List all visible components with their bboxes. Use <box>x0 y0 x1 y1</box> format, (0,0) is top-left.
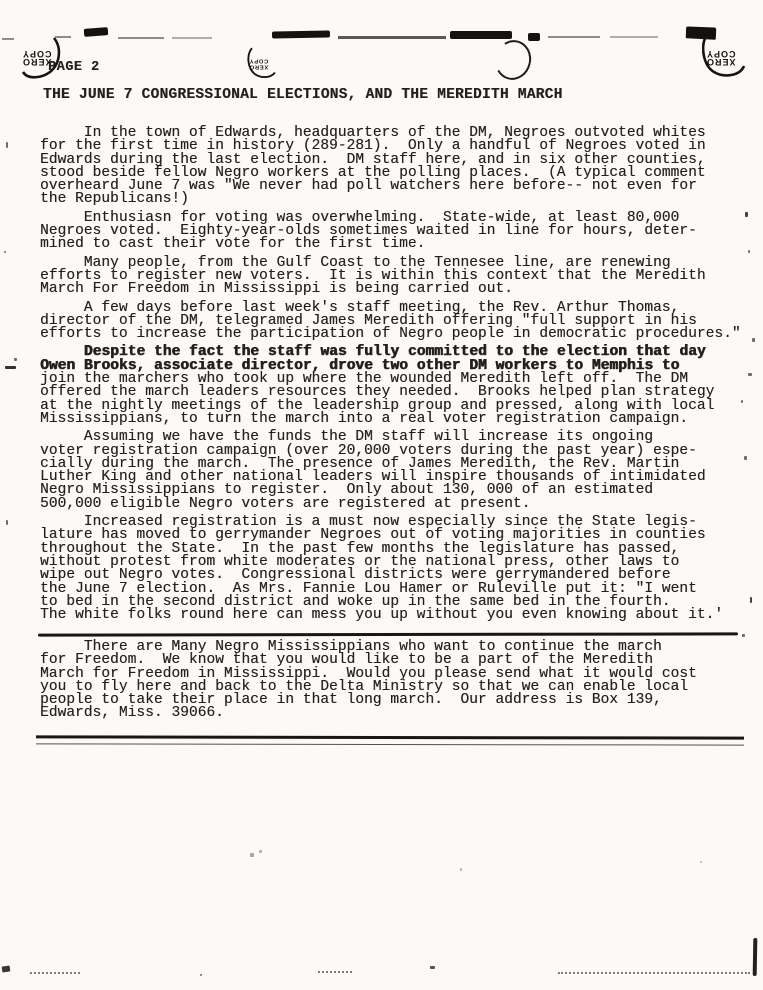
scan-speck <box>742 634 745 637</box>
scan-dash <box>2 38 14 40</box>
scan-speck <box>200 974 202 976</box>
paragraph: A few days before last week's staff meet… <box>40 302 756 342</box>
xero-copy-stamp-right: XEROCOPY <box>702 40 746 90</box>
scan-speck <box>14 358 17 361</box>
text-line: efforts to increase the participation of… <box>40 328 756 341</box>
scan-blot <box>84 27 108 37</box>
text-line: Edwards, Miss. 39066. <box>40 707 756 720</box>
scan-speck <box>741 400 743 403</box>
scan-dotted-line <box>30 972 80 974</box>
scan-speck <box>6 520 8 525</box>
document-title: THE JUNE 7 CONGRESSIONAL ELECTIONS, AND … <box>43 87 563 103</box>
page-number-label: PAGE 2 <box>48 60 100 75</box>
scan-speck <box>752 338 755 342</box>
appeal-note: There are Many Negro Mississippians who … <box>40 641 756 721</box>
scan-speck <box>748 373 752 376</box>
paragraph: In the town of Edwards, headquarters of … <box>40 127 756 207</box>
scan-speck <box>744 456 747 460</box>
scan-dash <box>118 37 164 39</box>
scan-ring-mark <box>491 36 536 84</box>
scan-dash <box>172 37 212 39</box>
scan-dash <box>610 36 658 38</box>
xero-copy-stamp-text: XEROCOPY <box>249 58 268 70</box>
paragraph: Despite the fact the staff was fully com… <box>40 346 756 426</box>
scan-speck <box>250 853 254 857</box>
paragraph: There are Many Negro Mississippians who … <box>40 641 756 721</box>
xero-copy-stamp-text: XEROCOPY <box>706 50 736 66</box>
scan-blot <box>272 30 330 38</box>
text-line: the Republicans!) <box>40 193 756 206</box>
text-line: 500,000 eligible Negro voters are regist… <box>40 498 756 511</box>
scan-dotted-line <box>558 972 750 974</box>
divider-line-top <box>38 632 738 636</box>
paragraph: Enthusiasn for voting was overwhelming. … <box>40 212 756 252</box>
document-body: In the town of Edwards, headquarters of … <box>40 127 756 627</box>
scan-speck <box>460 868 462 871</box>
scan-blot <box>450 31 512 39</box>
scan-speck <box>430 966 435 969</box>
text-line: March For Freedom in Mississippi is bein… <box>40 283 756 296</box>
text-line: Owen Brooks, associate director, drove t… <box>40 360 756 373</box>
scan-speck <box>745 212 748 217</box>
scan-edge-mark <box>753 938 758 976</box>
scan-speck <box>750 597 752 603</box>
scan-dotted-line <box>318 971 352 973</box>
scan-blot <box>528 33 540 41</box>
xero-copy-stamp-center: XEROCOPY <box>246 51 278 87</box>
text-line: mined to cast their vote for the first t… <box>40 238 756 251</box>
paragraph: Assuming we have the funds the DM staff … <box>40 431 756 511</box>
text-line: Mississippians, to turn the march into a… <box>40 413 756 426</box>
divider-line-bottom <box>36 735 744 745</box>
text-line: The white folks round here can mess you … <box>40 609 756 622</box>
scan-speck <box>748 250 750 253</box>
scan-speck <box>4 251 6 253</box>
scan-speck <box>700 861 702 863</box>
paragraph: Increased registration is a must now esp… <box>40 516 756 622</box>
scan-dash <box>5 366 16 369</box>
paragraph: Many people, from the Gulf Coast to the … <box>40 257 756 297</box>
scan-line <box>338 36 446 39</box>
scan-speck <box>259 850 262 853</box>
scan-dash <box>548 36 600 38</box>
scan-blot <box>2 965 11 972</box>
scanned-document-page: XEROCOPY XEROCOPY XEROCOPY PAGE 2 THE JU… <box>0 0 763 990</box>
scan-speck <box>6 142 8 148</box>
